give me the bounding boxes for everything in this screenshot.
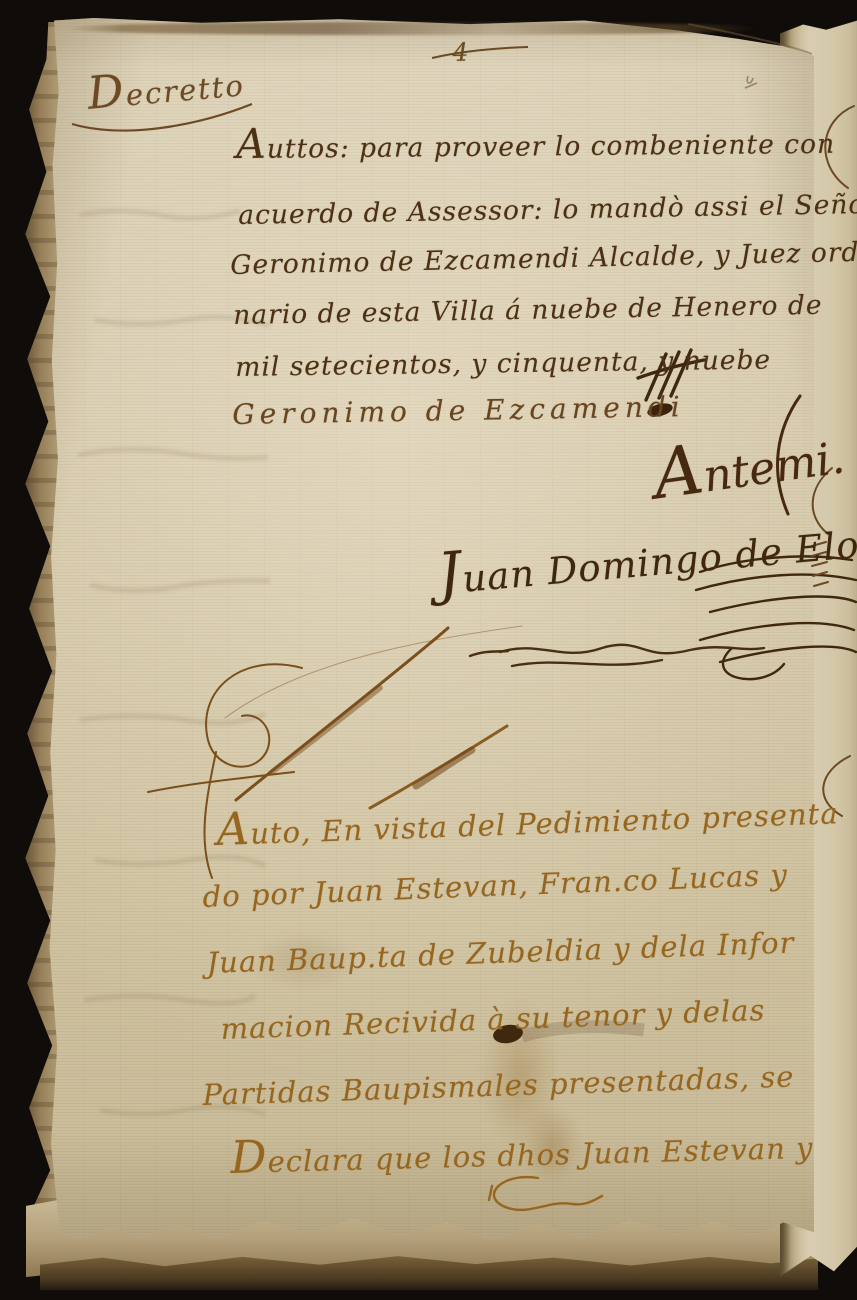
worn-top-edge	[66, 22, 758, 35]
decree-line: Auttos: para proveer lo combeniente con	[236, 123, 835, 165]
folio-number: 4	[452, 37, 469, 67]
manuscript-photo: 4 Decretto Auttos: para proveer lo combe…	[0, 0, 857, 1300]
